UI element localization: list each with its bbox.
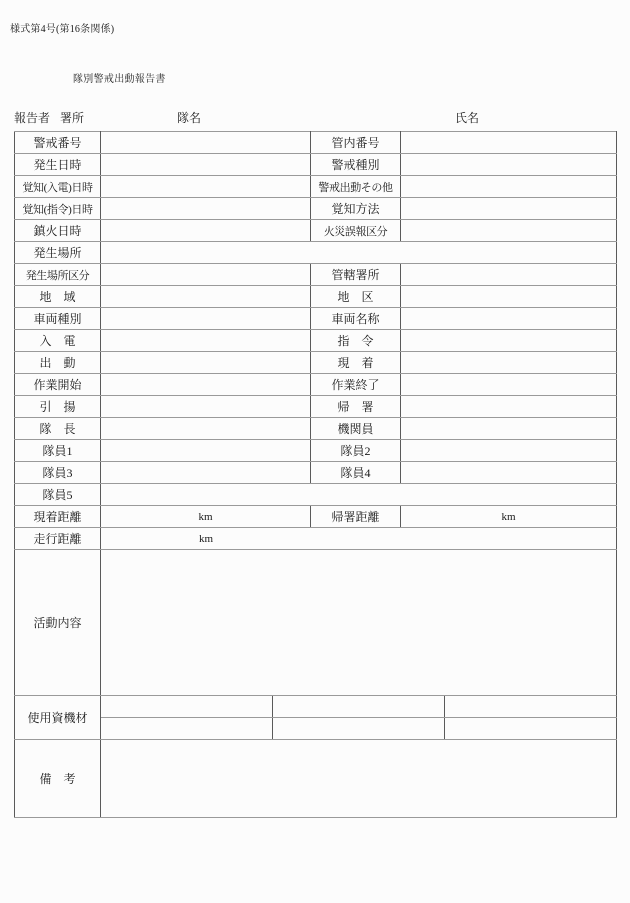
field-label: 管轄署所 bbox=[311, 264, 401, 286]
distance-unit: km bbox=[101, 533, 311, 545]
table-row: 車両種別 車両名称 bbox=[15, 308, 617, 330]
table-row: 引 揚 帰 署 bbox=[15, 396, 617, 418]
remarks-field bbox=[101, 740, 617, 818]
form-page: 様式第4号(第16条関係) 隊別警戒出動報告書 報告者 署所 隊名 氏名 警戒番… bbox=[0, 0, 630, 903]
person-name-label: 氏名 bbox=[455, 109, 479, 126]
field-label: 隊員4 bbox=[311, 462, 401, 484]
table-row: 現着距離 km 帰署距離 km bbox=[15, 506, 617, 528]
field-label: 帰署距離 bbox=[311, 506, 401, 528]
field-value-cell bbox=[401, 198, 617, 220]
table-row: 走行距離 km bbox=[15, 528, 617, 550]
field-label: 隊員5 bbox=[15, 484, 101, 506]
remarks-row: 備 考 bbox=[15, 740, 617, 818]
field-value-cell bbox=[101, 176, 311, 198]
table-row: 覚知(入電)日時 警戒出動その他 bbox=[15, 176, 617, 198]
field-label: 車両名称 bbox=[311, 308, 401, 330]
table-row: 入 電 指 令 bbox=[15, 330, 617, 352]
field-label: 入 電 bbox=[15, 330, 101, 352]
field-value-cell bbox=[101, 220, 311, 242]
field-label: 引 揚 bbox=[15, 396, 101, 418]
field-label: 警戒種別 bbox=[311, 154, 401, 176]
field-label: 備 考 bbox=[15, 740, 101, 818]
field-label: 覚知(指令)日時 bbox=[15, 198, 101, 220]
table-row: 隊員3 隊員4 bbox=[15, 462, 617, 484]
field-value-cell bbox=[101, 462, 311, 484]
equipment-cell bbox=[273, 696, 445, 718]
field-label: 作業開始 bbox=[15, 374, 101, 396]
field-value-cell bbox=[401, 462, 617, 484]
field-label: 発生日時 bbox=[15, 154, 101, 176]
field-label: 現 着 bbox=[311, 352, 401, 374]
field-label: 指 令 bbox=[311, 330, 401, 352]
field-value-cell bbox=[401, 352, 617, 374]
reporter-label: 報告者 bbox=[14, 109, 50, 126]
field-label: 覚知方法 bbox=[311, 198, 401, 220]
table-row: 発生場所区分 管轄署所 bbox=[15, 264, 617, 286]
field-label: 隊員1 bbox=[15, 440, 101, 462]
field-label: 車両種別 bbox=[15, 308, 101, 330]
field-label: 発生場所 bbox=[15, 242, 101, 264]
field-value-cell bbox=[101, 264, 311, 286]
activity-content-field bbox=[101, 550, 617, 696]
field-value-cell bbox=[101, 198, 311, 220]
field-label: 機関員 bbox=[311, 418, 401, 440]
field-label: 使用資機材 bbox=[15, 696, 101, 740]
activity-row: 活動内容 bbox=[15, 550, 617, 696]
field-value-cell bbox=[101, 330, 311, 352]
form-number-note: 様式第4号(第16条関係) bbox=[10, 20, 114, 35]
field-label: 出 動 bbox=[15, 352, 101, 374]
table-row: 作業開始 作業終了 bbox=[15, 374, 617, 396]
field-value-cell bbox=[101, 132, 311, 154]
table-row: 鎮火日時 火災誤報区分 bbox=[15, 220, 617, 242]
field-label: 管内番号 bbox=[311, 132, 401, 154]
table-row: 隊員5 bbox=[15, 484, 617, 506]
table-row: 隊 長 機関員 bbox=[15, 418, 617, 440]
field-label: 地 域 bbox=[15, 286, 101, 308]
field-value-cell bbox=[101, 308, 311, 330]
field-value-cell bbox=[101, 286, 311, 308]
field-label: 火災誤報区分 bbox=[311, 220, 401, 242]
equipment-row: 使用資機材 bbox=[15, 696, 617, 718]
equipment-cell bbox=[445, 718, 617, 740]
table-row: 発生日時 警戒種別 bbox=[15, 154, 617, 176]
table-row: 発生場所 bbox=[15, 242, 617, 264]
field-label: 作業終了 bbox=[311, 374, 401, 396]
field-label: 帰 署 bbox=[311, 396, 401, 418]
field-value-cell bbox=[401, 264, 617, 286]
table-row: 隊員1 隊員2 bbox=[15, 440, 617, 462]
field-value-cell bbox=[101, 418, 311, 440]
field-label: 隊員3 bbox=[15, 462, 101, 484]
table-row: 出 動 現 着 bbox=[15, 352, 617, 374]
field-value-cell bbox=[401, 286, 617, 308]
equipment-row bbox=[15, 718, 617, 740]
page-title: 隊別警戒出動報告書 bbox=[73, 70, 166, 85]
field-value-cell bbox=[101, 374, 311, 396]
field-label: 隊員2 bbox=[311, 440, 401, 462]
field-value-cell bbox=[101, 352, 311, 374]
field-value-cell bbox=[401, 132, 617, 154]
field-value-cell bbox=[401, 154, 617, 176]
field-label: 走行距離 bbox=[15, 528, 101, 550]
equipment-cell bbox=[273, 718, 445, 740]
field-label: 現着距離 bbox=[15, 506, 101, 528]
field-label: 発生場所区分 bbox=[15, 264, 101, 286]
field-value-cell bbox=[401, 220, 617, 242]
distance-unit-cell: km bbox=[401, 506, 617, 528]
field-value-cell bbox=[101, 440, 311, 462]
field-value-cell bbox=[401, 330, 617, 352]
field-value-cell bbox=[401, 418, 617, 440]
table-row: 警戒番号 管内番号 bbox=[15, 132, 617, 154]
distance-unit-cell: km bbox=[101, 528, 617, 550]
field-label: 警戒番号 bbox=[15, 132, 101, 154]
distance-unit-cell: km bbox=[101, 506, 311, 528]
field-label: 警戒出動その他 bbox=[311, 176, 401, 198]
table-row: 覚知(指令)日時 覚知方法 bbox=[15, 198, 617, 220]
field-label: 覚知(入電)日時 bbox=[15, 176, 101, 198]
equipment-cell bbox=[445, 696, 617, 718]
field-label: 地 区 bbox=[311, 286, 401, 308]
equipment-cell bbox=[101, 696, 273, 718]
field-value-cell bbox=[401, 374, 617, 396]
field-label: 隊 長 bbox=[15, 418, 101, 440]
field-value-cell bbox=[101, 396, 311, 418]
field-label: 活動内容 bbox=[15, 550, 101, 696]
field-value-cell bbox=[401, 176, 617, 198]
reporter-line: 報告者 署所 隊名 氏名 bbox=[0, 109, 630, 125]
field-value-cell bbox=[401, 440, 617, 462]
field-value-cell bbox=[101, 484, 617, 506]
unit-name-label: 隊名 bbox=[177, 109, 201, 126]
table-row: 地 域 地 区 bbox=[15, 286, 617, 308]
field-value-cell bbox=[101, 154, 311, 176]
field-value-cell bbox=[401, 396, 617, 418]
field-label: 鎮火日時 bbox=[15, 220, 101, 242]
equipment-cell bbox=[101, 718, 273, 740]
field-value-cell bbox=[101, 242, 617, 264]
station-label: 署所 bbox=[60, 109, 84, 126]
field-value-cell bbox=[401, 308, 617, 330]
report-table: 警戒番号 管内番号 発生日時 警戒種別 覚知(入電)日時 警戒出動その他 覚知(… bbox=[14, 131, 617, 818]
